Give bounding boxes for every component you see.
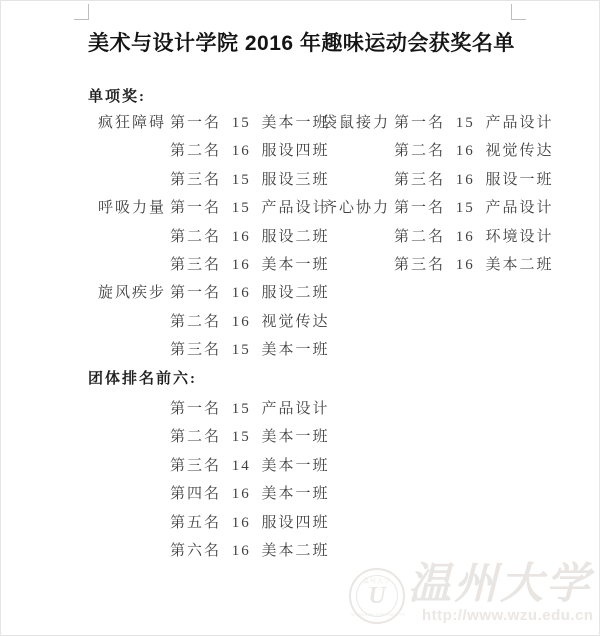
award-result: 第二名 16 视觉传达 (170, 314, 330, 330)
logo-arc-bottom-text: WENZHOU UNIVERSITY (351, 612, 403, 617)
single-awards-column-left: 疯狂障碍第一名 15 美本一班第二名 16 服设四班第三名 15 服设三班呼吸力… (98, 109, 330, 365)
watermark-university-name: 温州大学 (408, 561, 588, 608)
watermark-url: http://www.wzu.edu.cn (422, 607, 594, 624)
team-ranking-line: 第二名 15 美本一班 (170, 423, 330, 451)
award-line: 第三名 16 美本二班 (322, 251, 554, 279)
award-result: 第一名 15 美本一班 (170, 115, 330, 131)
award-line: 第三名 16 服设一班 (322, 166, 554, 194)
event-name: 疯狂障碍 (98, 109, 170, 137)
event-name: 齐心协力 (322, 194, 394, 222)
award-line: 疯狂障碍第一名 15 美本一班 (98, 109, 330, 137)
logo-arc-top-text: 温州大学 (351, 576, 403, 585)
team-ranking-line: 第五名 16 服设四班 (170, 509, 330, 537)
award-result: 第一名 15 产品设计 (170, 200, 330, 216)
event-name: 袋鼠接力 (322, 109, 394, 137)
award-line: 第二名 16 服设四班 (98, 137, 330, 165)
logo-letter: U (368, 584, 385, 608)
award-line: 第二名 16 服设二班 (98, 223, 330, 251)
event-name: 旋风疾步 (98, 279, 170, 307)
award-line: 呼吸力量第一名 15 产品设计 (98, 194, 330, 222)
award-line: 旋风疾步第一名 16 服设二班 (98, 279, 330, 307)
award-result: 第二名 16 环境设计 (394, 229, 554, 245)
wenzhou-university-logo-icon: 温州大学 U WENZHOU UNIVERSITY (349, 568, 405, 624)
award-line: 第二名 16 环境设计 (322, 223, 554, 251)
award-line: 第三名 15 美本一班 (98, 336, 330, 364)
text-boundary-mark-top-left (74, 4, 89, 20)
document-page: { "page": { "title": "美术与设计学院 2016 年趣味运动… (0, 0, 600, 636)
award-line: 第三名 16 美本一班 (98, 251, 330, 279)
team-ranking-line: 第三名 14 美本一班 (170, 452, 330, 480)
team-ranking-line: 第一名 15 产品设计 (170, 395, 330, 423)
award-line: 第二名 16 视觉传达 (322, 137, 554, 165)
single-awards-heading: 单项奖: (88, 85, 146, 106)
award-line: 第三名 15 服设三班 (98, 166, 330, 194)
award-result: 第三名 16 服设一班 (394, 172, 554, 188)
page-title: 美术与设计学院 2016 年趣味运动会获奖名单 (88, 27, 511, 57)
logo-inner-ring: U (356, 575, 398, 617)
award-result: 第二名 16 服设四班 (170, 143, 330, 159)
team-ranking-line: 第四名 16 美本一班 (170, 480, 330, 508)
award-line: 齐心协力第一名 15 产品设计 (322, 194, 554, 222)
award-line: 第二名 16 视觉传达 (98, 308, 330, 336)
team-ranking-heading: 团体排名前六: (88, 367, 197, 388)
award-result: 第一名 15 产品设计 (394, 115, 554, 131)
award-result: 第三名 15 美本一班 (170, 342, 330, 358)
award-result: 第二名 16 服设二班 (170, 229, 330, 245)
award-result: 第三名 15 服设三班 (170, 172, 330, 188)
team-rankings-list: 第一名 15 产品设计第二名 15 美本一班第三名 14 美本一班第四名 16 … (170, 395, 330, 565)
award-result: 第一名 16 服设二班 (170, 285, 330, 301)
award-line: 袋鼠接力第一名 15 产品设计 (322, 109, 554, 137)
event-name: 呼吸力量 (98, 194, 170, 222)
single-awards-column-right: 袋鼠接力第一名 15 产品设计第二名 16 视觉传达第三名 16 服设一班齐心协… (322, 109, 554, 279)
text-boundary-mark-top-right (511, 4, 526, 20)
award-result: 第三名 16 美本二班 (394, 257, 554, 273)
team-ranking-line: 第六名 16 美本二班 (170, 537, 330, 565)
award-result: 第一名 15 产品设计 (394, 200, 554, 216)
award-result: 第三名 16 美本一班 (170, 257, 330, 273)
award-result: 第二名 16 视觉传达 (394, 143, 554, 159)
